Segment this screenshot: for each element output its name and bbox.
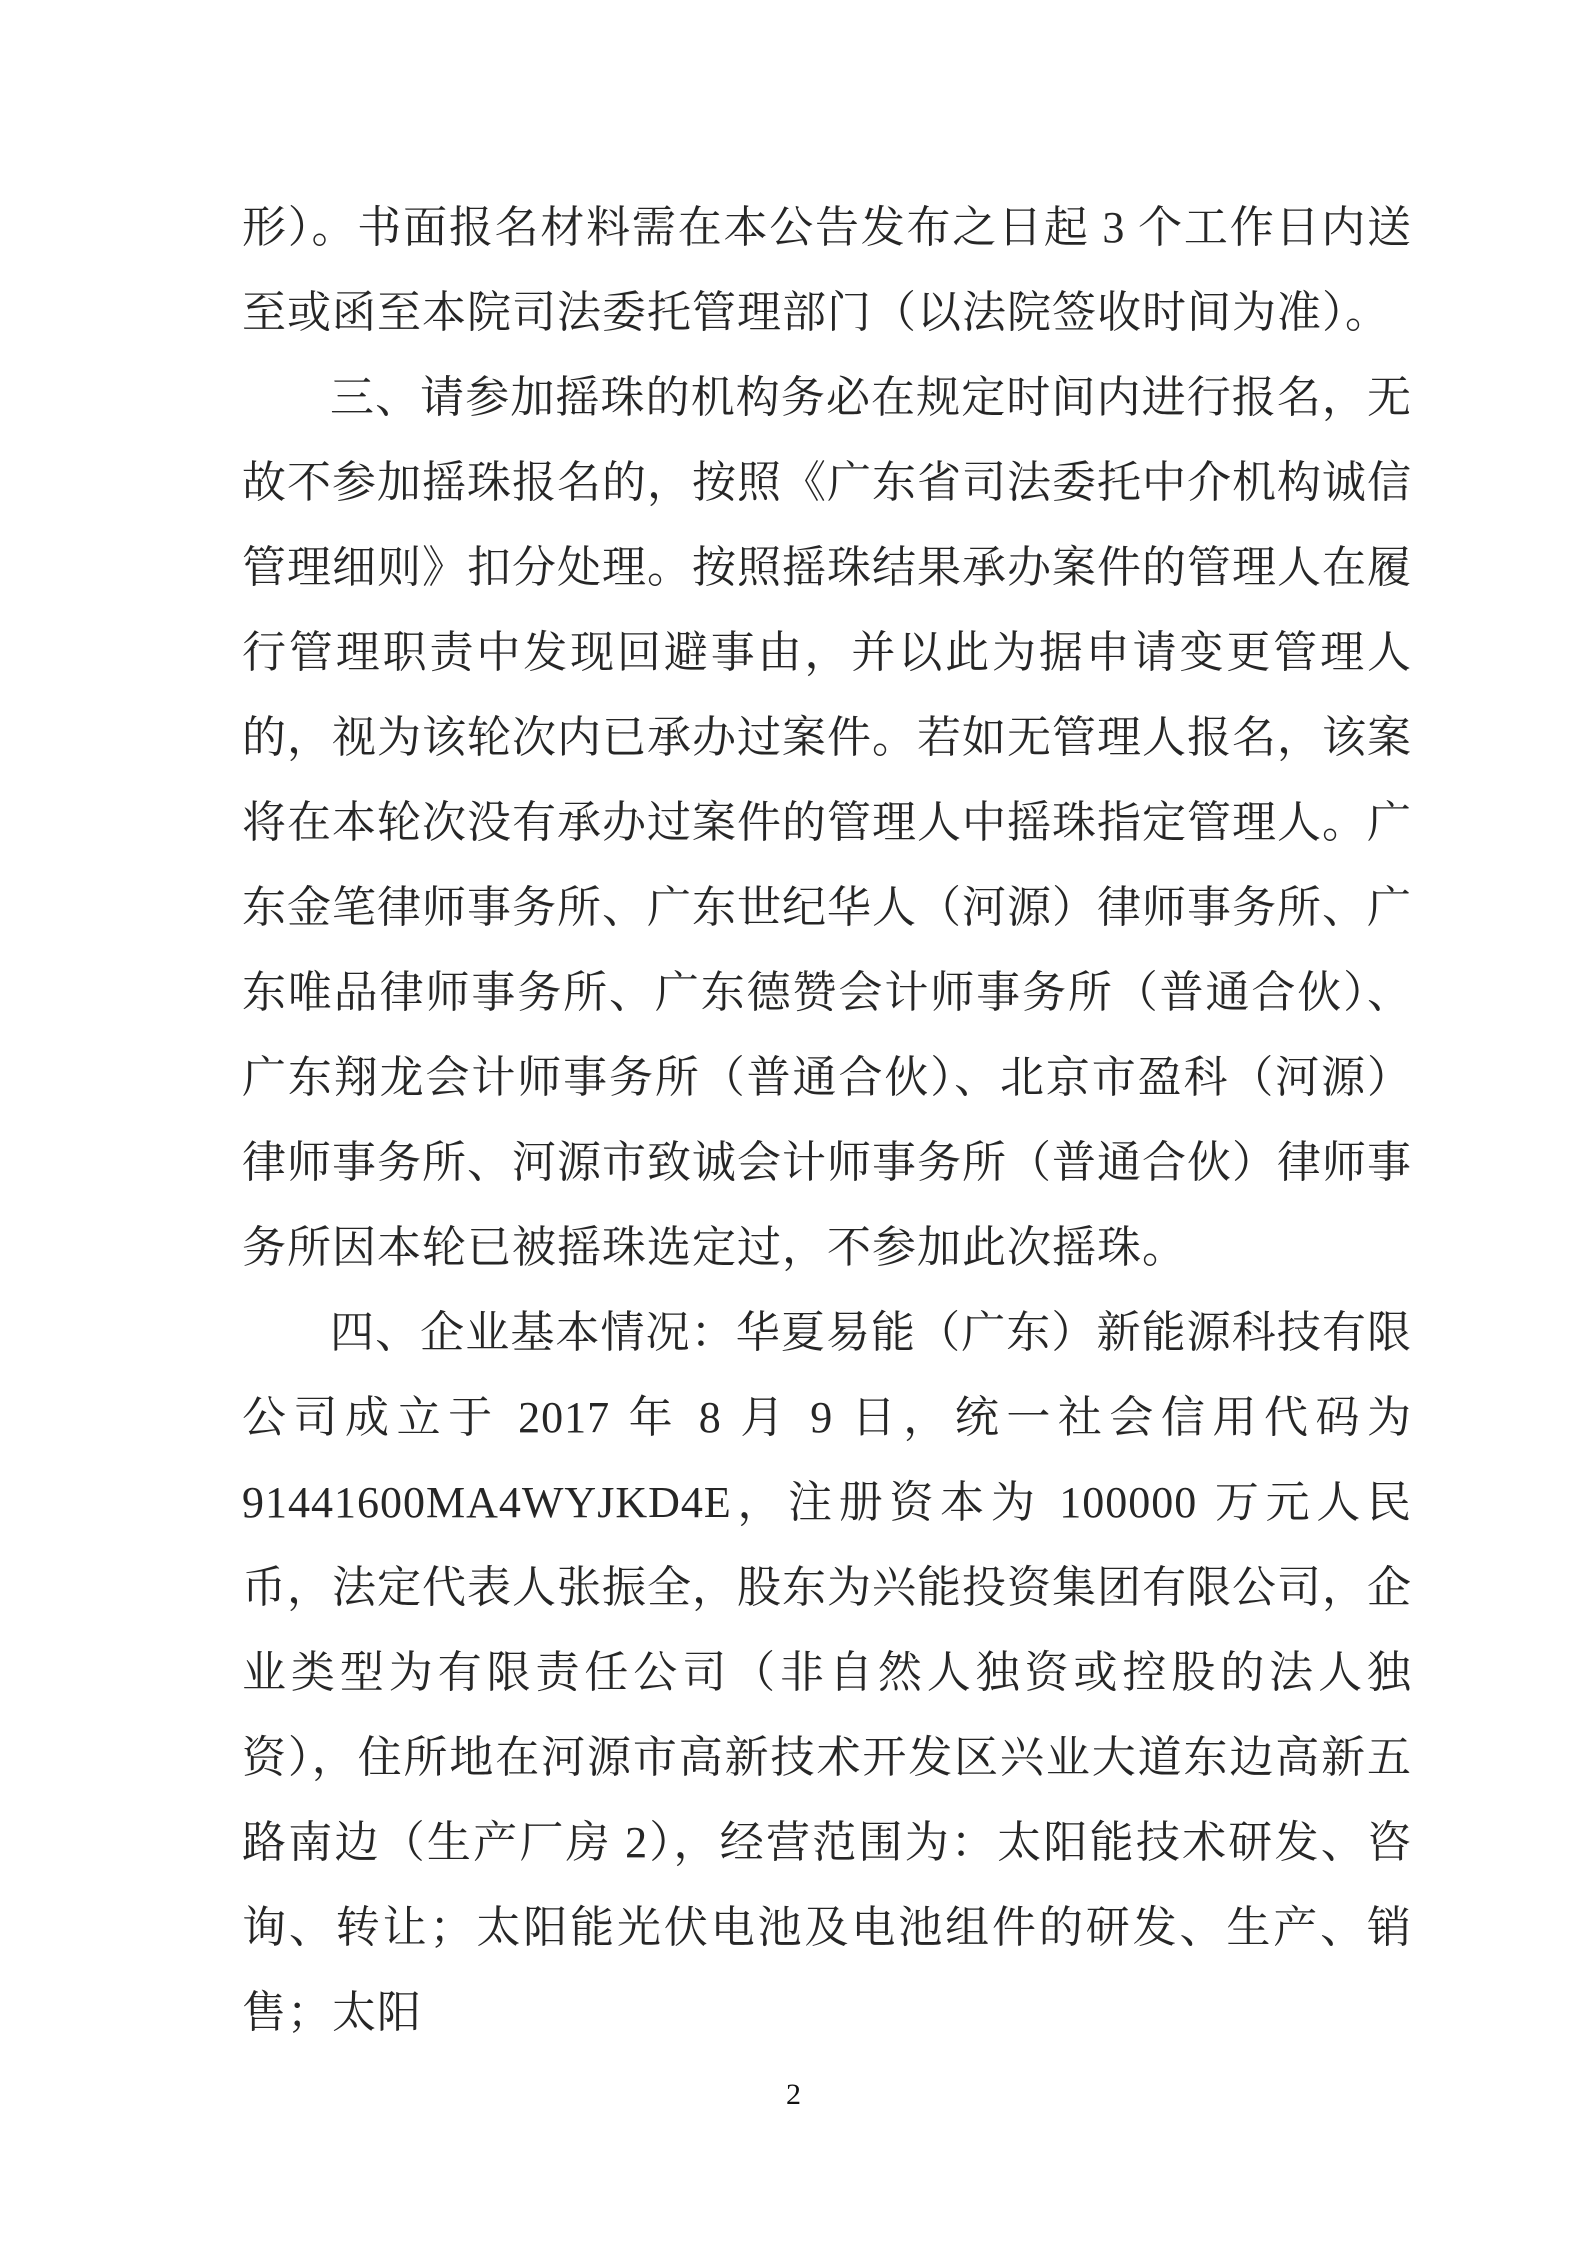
document-body: 形）。书面报名材料需在本公告发布之日起 3 个工作日内送至或函至本院司法委托管理… xyxy=(242,185,1412,2055)
document-page: 形）。书面报名材料需在本公告发布之日起 3 个工作日内送至或函至本院司法委托管理… xyxy=(0,0,1587,2245)
page-footer: 2 xyxy=(0,2078,1587,2112)
paragraph-section-three: 三、请参加摇珠的机构务必在规定时间内进行报名，无故不参加摇珠报名的，按照《广东省… xyxy=(242,355,1412,1290)
page-number: 2 xyxy=(786,2078,801,2111)
paragraph-continuation: 形）。书面报名材料需在本公告发布之日起 3 个工作日内送至或函至本院司法委托管理… xyxy=(242,185,1412,355)
paragraph-section-four: 四、企业基本情况：华夏易能（广东）新能源科技有限公司成立于 2017 年 8 月… xyxy=(242,1290,1412,2055)
